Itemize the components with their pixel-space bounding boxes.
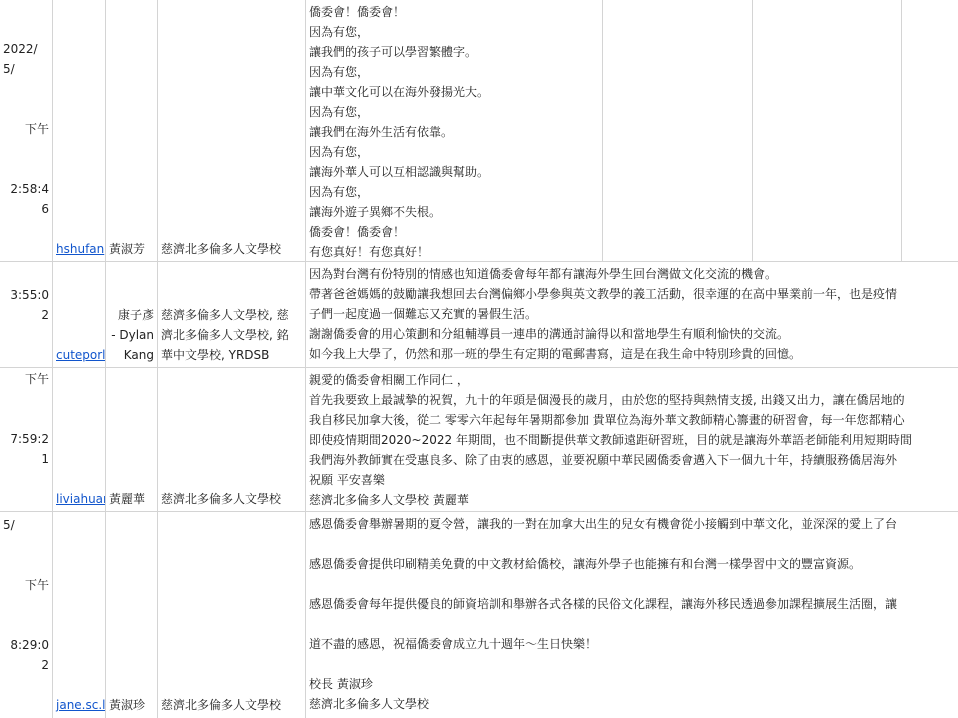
timestamp-time: 3:55:02	[3, 285, 49, 325]
name-text: 黃麗華	[106, 489, 157, 509]
table-row: 2022/5/ 下午 2:58:46 hshufan 黃淑芳 慈濟北多倫多人文學…	[0, 0, 958, 262]
school-text: 慈濟北多倫多人文學校	[158, 695, 305, 715]
message-text: 親愛的僑委會相關工作同仁 ， 首先我要致上最誠摯的祝賀，九十的年頭是個漫長的歲月…	[306, 368, 915, 510]
name-cell[interactable]: 黃淑芳	[106, 0, 158, 261]
table-row: 2022/5/ 下午 7:59:21 liviahuar 黃麗華 慈濟北多倫多人…	[0, 368, 958, 512]
name-cell[interactable]: 黃麗華	[106, 368, 158, 511]
timestamp-time: 8:29:02	[3, 635, 49, 675]
school-cell[interactable]: 慈濟北多倫多人文學校	[158, 512, 306, 718]
school-text: 慈濟多倫多人文學校, 慈 濟北多倫多人文學校, 銘 華中文學校, YRDSB	[158, 305, 305, 365]
username-cell[interactable]: cuteporl	[53, 262, 106, 367]
message-cell[interactable]: 僑委會！僑委會！ 因為有您， 讓我們的孩子可以學習繁體字。 因為有您， 讓中華文…	[306, 0, 603, 261]
message-overflow: 因為對台灣有份特別的情感也知道僑委會每年都有讓海外學生回台灣做文化交流的機會。 …	[306, 262, 958, 367]
school-cell[interactable]: 慈濟多倫多人文學校, 慈 濟北多倫多人文學校, 銘 華中文學校, YRDSB	[158, 262, 306, 367]
username-link[interactable]: cuteporl	[56, 348, 105, 362]
timestamp-ampm: 下午	[3, 575, 49, 595]
message-overflow: 親愛的僑委會相關工作同仁 ， 首先我要致上最誠摯的祝賀，九十的年頭是個漫長的歲月…	[306, 368, 958, 511]
timestamp-time: 7:59:21	[3, 429, 49, 469]
name-cell[interactable]: 康子彥 - Dylan Kang	[106, 262, 158, 367]
empty-cell[interactable]	[902, 0, 958, 261]
name-text: 康子彥 - Dylan Kang	[106, 305, 157, 365]
username-link[interactable]: jane.sc.l	[56, 698, 105, 712]
spreadsheet-grid: 2022/5/ 下午 2:58:46 hshufan 黃淑芳 慈濟北多倫多人文學…	[0, 0, 958, 718]
timestamp-date: 2022/5/	[3, 512, 49, 535]
message-text: 感恩僑委會舉辦暑期的夏令營，讓我的一對在加拿大出生的兒女有機會從小接觸到中華文化…	[306, 512, 900, 714]
school-text: 慈濟北多倫多人文學校	[158, 239, 305, 259]
username-cell[interactable]: liviahuar	[53, 368, 106, 511]
timestamp-cell[interactable]: 2022/5/ 下午 7:59:21	[0, 368, 53, 511]
timestamp-cell[interactable]: 2022/5/ 下午 3:55:02	[0, 262, 53, 367]
timestamp-ampm: 下午	[3, 119, 49, 139]
school-text: 慈濟北多倫多人文學校	[158, 489, 305, 509]
message-text: 因為對台灣有份特別的情感也知道僑委會每年都有讓海外學生回台灣做文化交流的機會。 …	[306, 262, 900, 364]
timestamp-date: 2022/5/	[3, 39, 49, 79]
table-row: 2022/5/ 下午 8:29:02 jane.sc.l 黃淑珍 慈濟北多倫多人…	[0, 512, 958, 718]
username-link[interactable]: liviahuar	[56, 492, 105, 506]
username-cell[interactable]: hshufan	[53, 0, 106, 261]
username-link[interactable]: hshufan	[56, 242, 104, 256]
name-text: 黃淑珍	[106, 695, 157, 715]
username-cell[interactable]: jane.sc.l	[53, 512, 106, 718]
message-overflow: 感恩僑委會舉辦暑期的夏令營，讓我的一對在加拿大出生的兒女有機會從小接觸到中華文化…	[306, 512, 958, 718]
school-cell[interactable]: 慈濟北多倫多人文學校	[158, 0, 306, 261]
timestamp-ampm: 下午	[3, 369, 49, 389]
name-text: 黃淑芳	[106, 239, 157, 259]
school-cell[interactable]: 慈濟北多倫多人文學校	[158, 368, 306, 511]
timestamp-cell[interactable]: 2022/5/ 下午 8:29:02	[0, 512, 53, 718]
name-cell[interactable]: 黃淑珍	[106, 512, 158, 718]
empty-cell[interactable]	[753, 0, 902, 261]
message-text: 僑委會！僑委會！ 因為有您， 讓我們的孩子可以學習繁體字。 因為有您， 讓中華文…	[306, 0, 492, 261]
timestamp-time: 2:58:46	[3, 179, 49, 219]
timestamp-cell[interactable]: 2022/5/ 下午 2:58:46	[0, 0, 53, 261]
table-row: 2022/5/ 下午 3:55:02 cuteporl 康子彥 - Dylan …	[0, 262, 958, 368]
empty-cell[interactable]	[603, 0, 753, 261]
